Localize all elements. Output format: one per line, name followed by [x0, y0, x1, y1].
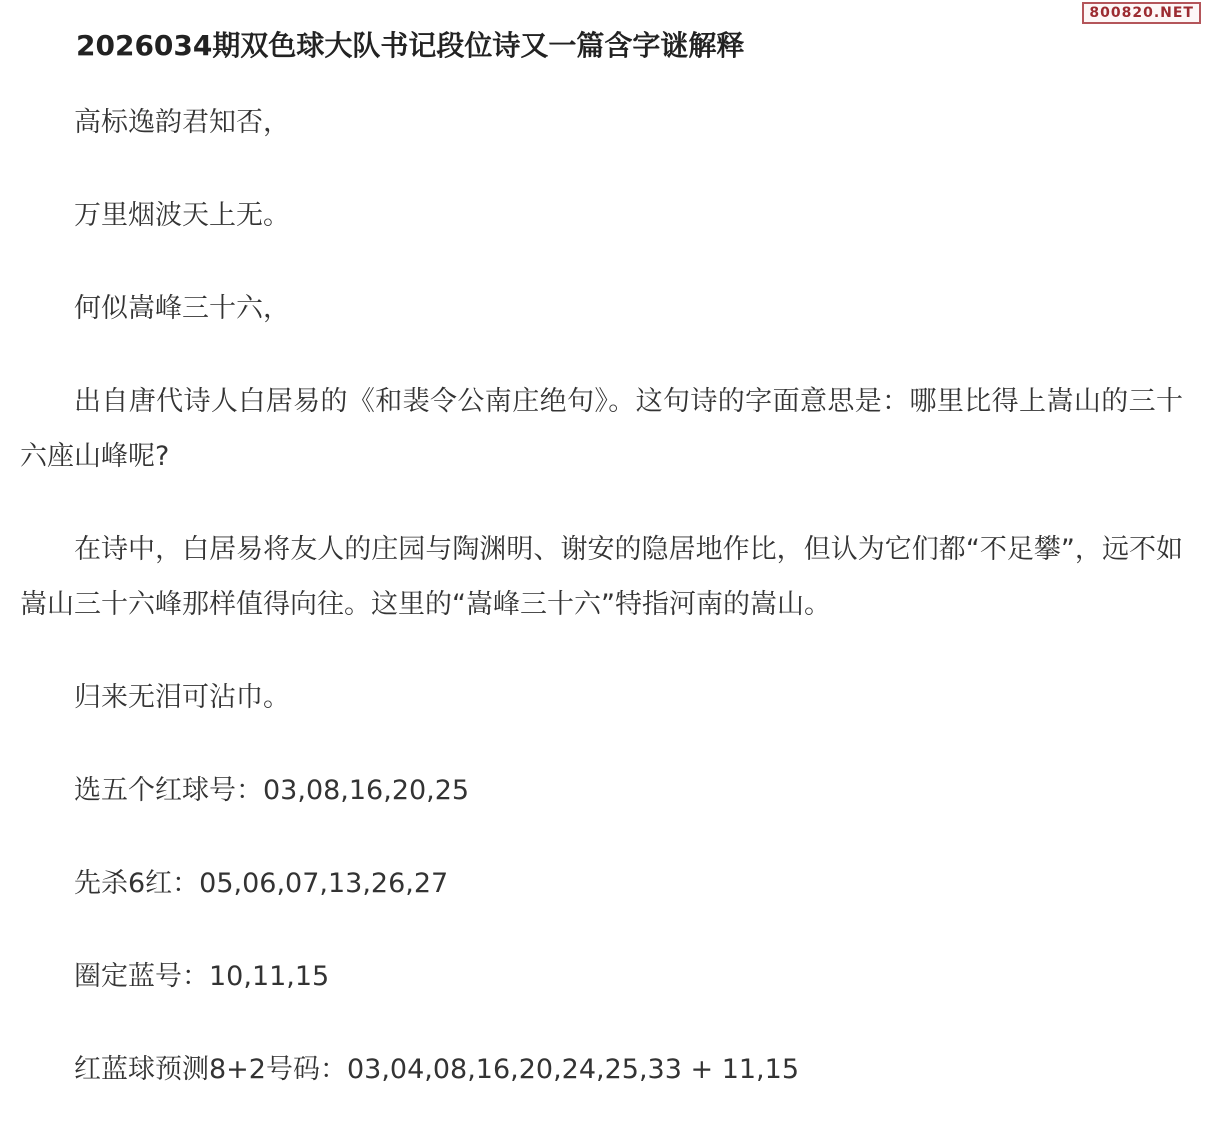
- page-title: 2026034期双色球大队书记段位诗又一篇含字谜解释: [20, 18, 1183, 73]
- kill-red-balls-line: 先杀6红：05,06,07,13,26,27: [20, 856, 1183, 911]
- prediction-8plus2-line: 红蓝球预测8+2号码：03,04,08,16,20,24,25,33 + 11,…: [20, 1042, 1183, 1097]
- red-ball-selection-line: 选五个红球号：03,08,16,20,25: [20, 763, 1183, 818]
- poem-line-2: 万里烟波天上无。: [20, 188, 1183, 243]
- blue-ball-selection-line: 圈定蓝号：10,11,15: [20, 949, 1183, 1004]
- explanation-paragraph-2: 在诗中，白居易将友人的庄园与陶渊明、谢安的隐居地作比，但认为它们都“不足攀”，远…: [20, 522, 1183, 632]
- article-page: 800820.NET 2026034期双色球大队书记段位诗又一篇含字谜解释 高标…: [0, 0, 1205, 1127]
- poem-line-4: 归来无泪可沾巾。: [20, 670, 1183, 725]
- poem-line-3: 何似嵩峰三十六，: [20, 281, 1183, 336]
- article-body: 2026034期双色球大队书记段位诗又一篇含字谜解释 高标逸韵君知否， 万里烟波…: [0, 0, 1205, 1097]
- poem-line-1: 高标逸韵君知否，: [20, 95, 1183, 150]
- explanation-paragraph-1: 出自唐代诗人白居易的《和裴令公南庄绝句》。这句诗的字面意思是：哪里比得上嵩山的三…: [20, 374, 1183, 484]
- site-watermark-badge: 800820.NET: [1082, 2, 1201, 24]
